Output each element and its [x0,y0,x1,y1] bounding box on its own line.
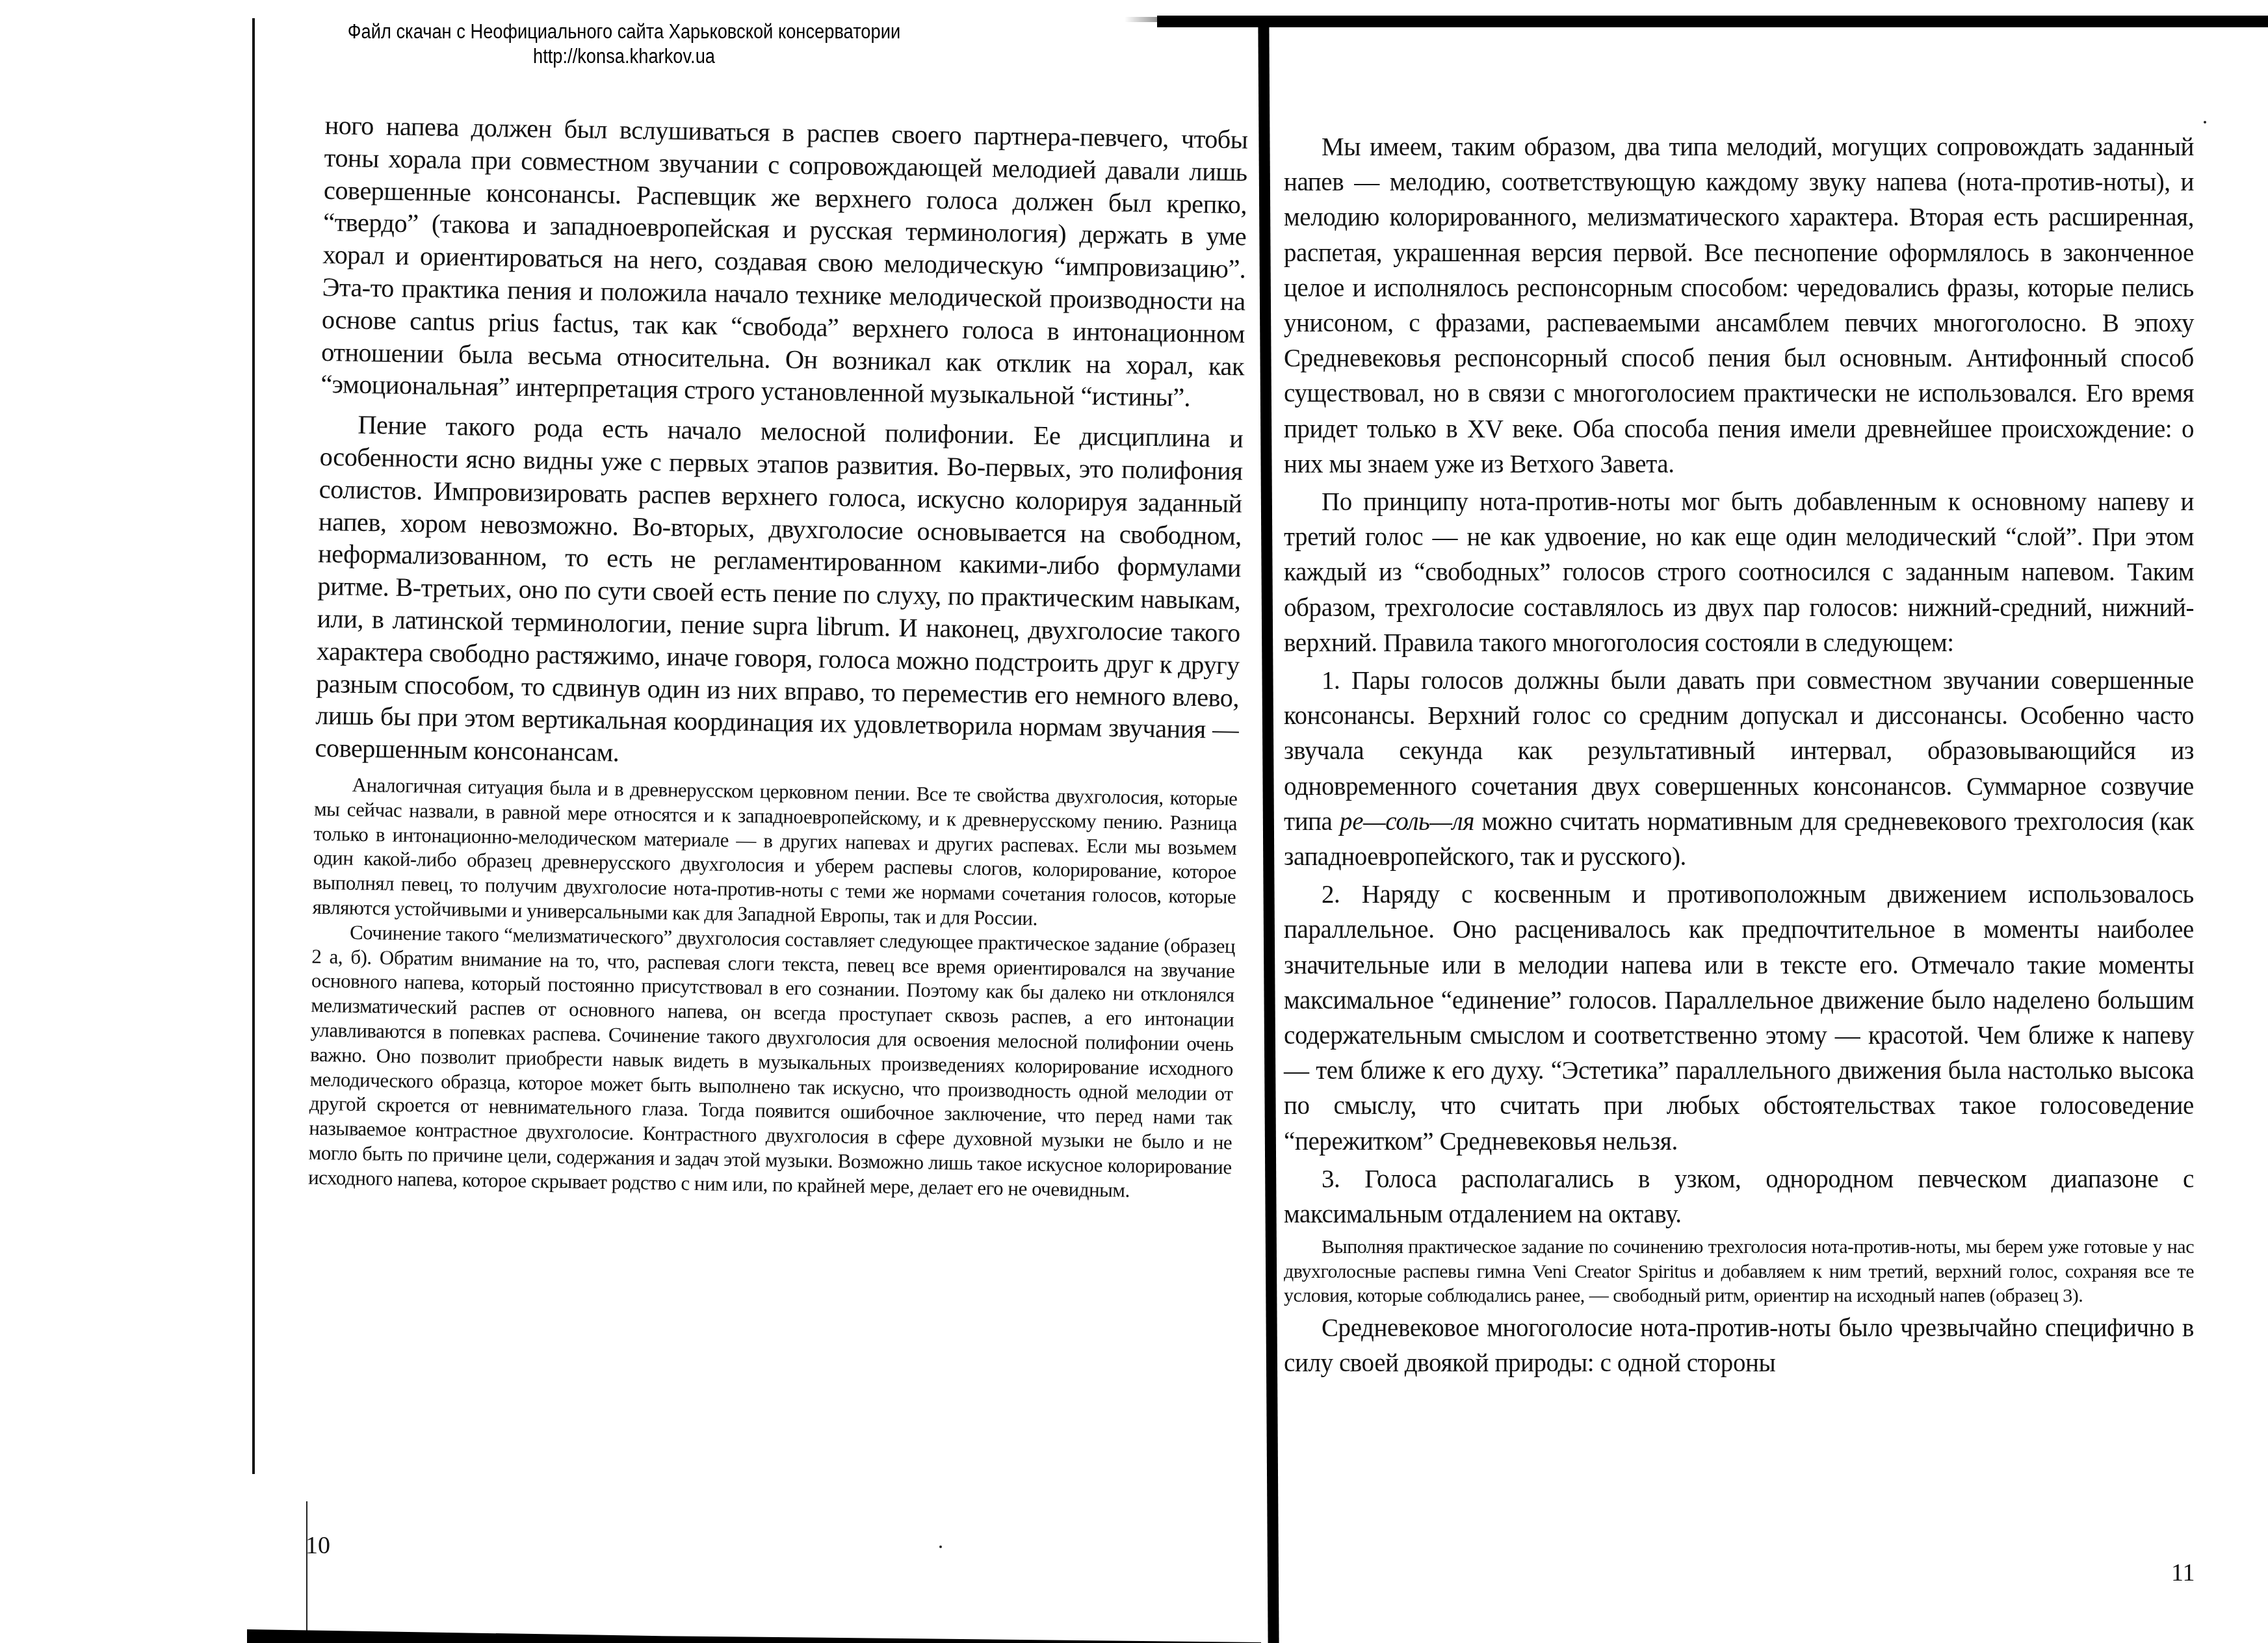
paragraph-small-print: Выполняя практическое задание по сочинен… [1284,1235,2194,1308]
watermark-url[interactable]: http://konsa.kharkov.ua [304,44,945,69]
paragraph-small-print: Аналогичная ситуация была и в древнерусс… [312,772,1237,934]
page-number-left: 10 [306,1531,330,1560]
scan-shadow-top [1157,16,2268,27]
rule-item-1: 1. Пары голосов должны были давать при с… [1284,664,2194,875]
rule-item-3: 3. Голоса располагались в узком, однород… [1284,1162,2194,1232]
scan-speck [939,1546,942,1548]
scan-page-edge-left-lower [306,1501,307,1631]
paragraph: Мы имеем, таким образом, два типа мелоди… [1284,130,2194,482]
page-number-right: 11 [2171,1559,2195,1587]
paragraph-small-print: Сочинение такого “мелизматического” двух… [308,920,1235,1204]
chord-example-italic: ре—соль—ля [1340,808,1474,836]
left-page: ного напева должен был вслушиваться в ра… [308,109,1248,1204]
paragraph: Средневековое многоголосие нота-против-н… [1284,1311,2194,1381]
scan-shadow-bottom [247,1622,1261,1643]
watermark-title: Файл скачан с Неофициального сайта Харьк… [304,19,945,44]
paragraph: По принципу нота-против-ноты мог быть до… [1284,485,2194,661]
right-page: Мы имеем, таким образом, два типа мелоди… [1284,130,2194,1381]
paragraph: ного напева должен был вслушиваться в ра… [320,109,1248,415]
rule-item-2: 2. Наряду с косвенным и противоположным … [1284,877,2194,1159]
scan-speck [2204,121,2206,123]
paragraph: Пение такого рода есть начало мелосной п… [315,408,1243,779]
download-watermark: Файл скачан с Неофициального сайта Харьк… [304,19,945,69]
scan-page-edge-left [252,18,255,1474]
book-gutter-shadow [1258,26,1279,1643]
